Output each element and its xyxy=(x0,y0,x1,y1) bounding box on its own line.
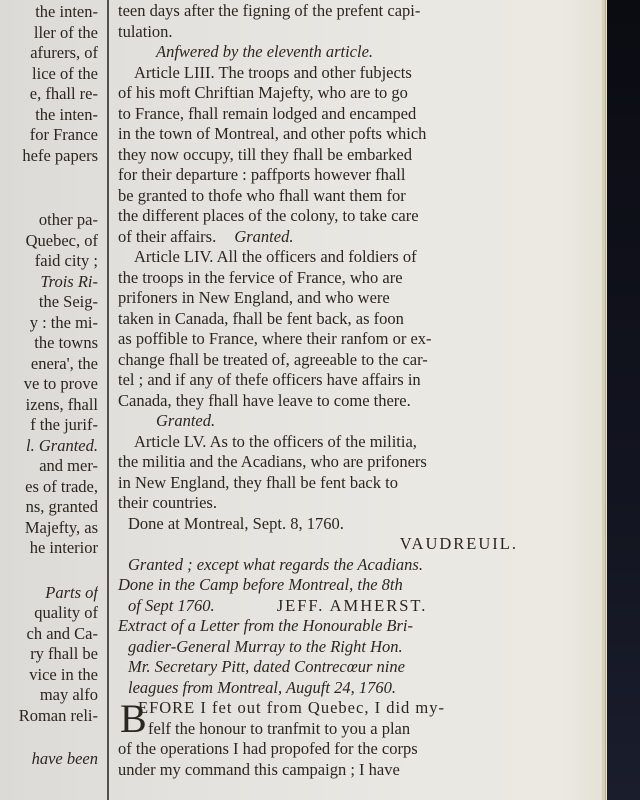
text-line: l. Granted. xyxy=(0,436,98,457)
done-at-line: Done at Montreal, Sept. 8, 1760. xyxy=(118,514,518,535)
text-line: ry fhall be xyxy=(0,644,98,665)
text-line: and mer- xyxy=(0,456,98,477)
text-line: quality of xyxy=(0,603,98,624)
text-line: he interior xyxy=(0,538,98,559)
text-fragment: of their affairs. xyxy=(118,227,216,246)
text-line: the different places of the colony, to t… xyxy=(118,206,518,227)
text-line: Majefty, as xyxy=(0,518,98,539)
text-line: in the town of Montreal, and other pofts… xyxy=(118,124,518,145)
text-line: the troops in the fervice of France, who… xyxy=(118,268,518,289)
left-column-fragment: the inten- ller of the afurers, of lice … xyxy=(0,2,98,770)
article-55-heading: Article LV. As to the officers of the mi… xyxy=(118,432,518,453)
text-line: may alfo xyxy=(0,685,98,706)
signature-amherst: JEFF. AMHERST. xyxy=(277,596,428,615)
extract-heading: Mr. Secretary Pitt, dated Contrecœur nin… xyxy=(118,657,518,678)
text-line: under my command this campaign ; I have xyxy=(118,760,518,781)
text-line: Roman reli- xyxy=(0,706,98,727)
extract-heading: gadier-General Murray to the Right Hon. xyxy=(118,637,518,658)
column-rule xyxy=(107,0,109,800)
text-line: ns, granted xyxy=(0,497,98,518)
text-line: be granted to thofe who fhall want them … xyxy=(118,186,518,207)
article-53-heading: Article LIII. The troops and other fubje… xyxy=(118,63,518,84)
text-line: their countries. xyxy=(118,493,518,514)
text-line: of his moft Chriftian Majefty, who are t… xyxy=(118,83,518,104)
text-line: enera', the xyxy=(0,354,98,375)
drop-cap: B xyxy=(120,700,147,738)
text-line: felf the honour to tranfmit to you a pla… xyxy=(118,719,518,740)
text-line: the inten- xyxy=(0,105,98,126)
paragraph-gap xyxy=(0,559,98,583)
text-line: the Seig- xyxy=(0,292,98,313)
text-line: Parts of xyxy=(0,583,98,604)
text-line: hefe papers xyxy=(0,146,98,167)
answered-note: Anfwered by the eleventh article. xyxy=(118,42,518,63)
granted-except-note: Granted ; except what regards the Acadia… xyxy=(118,555,518,576)
text-line: for France xyxy=(0,125,98,146)
text-line: ve to prove xyxy=(0,374,98,395)
text-line: f the jurif- xyxy=(0,415,98,436)
text-line: change fhall be treated of, agreeable to… xyxy=(118,350,518,371)
text-line: afurers, of xyxy=(0,43,98,64)
article-54-heading: Article LIV. All the officers and foldie… xyxy=(118,247,518,268)
text-line: izens, fhall xyxy=(0,395,98,416)
text-line: as poffible to France, where their ranfo… xyxy=(118,329,518,350)
paragraph-gap xyxy=(0,166,98,210)
text-line: lice of the xyxy=(0,64,98,85)
signature-vaudreuil: VAUDREUIL. xyxy=(118,534,518,555)
text-line: they now occupy, till they fhall be emba… xyxy=(118,145,518,166)
text-line: Quebec, of xyxy=(0,231,98,252)
text-line: tel ; and if any of thefe officers have … xyxy=(118,370,518,391)
text-line: the inten- xyxy=(0,2,98,23)
text-line: prifoners in New England, and who were xyxy=(118,288,518,309)
text-line: y : the mi- xyxy=(0,313,98,334)
text-line: ller of the xyxy=(0,23,98,44)
done-camp-line: Done in the Camp before Montreal, the 8t… xyxy=(118,575,518,596)
page-edge xyxy=(602,0,606,800)
extract-heading: leagues from Montreal, Auguft 24, 1760. xyxy=(118,678,518,699)
text-line: the towns xyxy=(0,333,98,354)
text-line: in New England, they fhall be fent back … xyxy=(118,473,518,494)
done-camp-date: of Sept 1760. xyxy=(118,596,215,615)
text-line: vice in the xyxy=(0,665,98,686)
granted-note: Granted. xyxy=(118,411,518,432)
letter-body: B EFORE I fet out from Quebec, I did my-… xyxy=(118,698,518,780)
granted-note: Granted. xyxy=(234,227,293,246)
paragraph-gap xyxy=(0,726,98,749)
text-line: e, fhall re- xyxy=(0,84,98,105)
newspaper-page: the inten- ller of the afurers, of lice … xyxy=(0,0,612,800)
text-line: for their departure : paffports however … xyxy=(118,165,518,186)
text-line: to France, fhall remain lodged and encam… xyxy=(118,104,518,125)
text-line: the militia and the Acadians, who are pr… xyxy=(118,452,518,473)
text-line: ch and Ca- xyxy=(0,624,98,645)
text-line: tulation. xyxy=(118,22,518,43)
text-line: teen days after the figning of the prefe… xyxy=(118,1,518,22)
text-line: other pa- xyxy=(0,210,98,231)
text-line: of their affairs. Granted. xyxy=(118,227,518,248)
text-line: of the operations I had propofed for the… xyxy=(118,739,518,760)
text-line: Trois Ri- xyxy=(0,272,98,293)
text-line: es of trade, xyxy=(0,477,98,498)
text-line: taken in Canada, fhall be fent back, as … xyxy=(118,309,518,330)
dark-backdrop xyxy=(607,0,640,800)
text-line: EFORE I fet out from Quebec, I did my- xyxy=(118,698,518,719)
text-line: faid city ; xyxy=(0,251,98,272)
extract-heading: Extract of a Letter from the Honourable … xyxy=(118,616,518,637)
text-line: have been xyxy=(0,749,98,770)
text-line: Canada, they fhall have leave to come th… xyxy=(118,391,518,412)
main-column: teen days after the figning of the prefe… xyxy=(118,1,518,780)
